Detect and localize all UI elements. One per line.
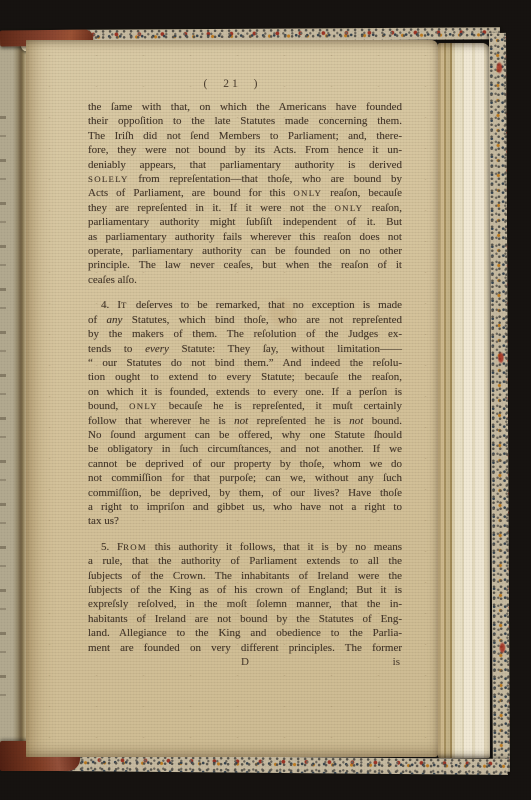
text-line: No ſound argument can be offered, why on… — [88, 428, 402, 442]
text-line: ſubjects of the King as of his crown of … — [88, 583, 402, 597]
text-line: land. Allegiance to the King and obedien… — [88, 626, 402, 640]
text-line: 4. IT deſerves to be remarked, that no e… — [88, 298, 402, 312]
text-line: the ſame with that, on which the America… — [88, 100, 402, 114]
text-line: ment are founded on very different princ… — [88, 641, 402, 655]
text-line: Acts of Parliament, are bound for this O… — [88, 186, 402, 200]
book-scan-photo: ( 21 ) the ſame with that, on which the … — [0, 0, 531, 800]
facing-page-edge — [0, 34, 26, 768]
text-line: “ our Statutes do not bind them.” And in… — [88, 356, 402, 370]
text-line: ceaſes alſo. — [88, 273, 402, 287]
text-line: bound, ONLY becauſe he is repreſented, i… — [88, 399, 402, 413]
paragraph: the ſame with that, on which the America… — [88, 100, 402, 287]
text-line: cannot be deprived of our property by th… — [88, 457, 402, 471]
text-line: by the makers of them. The reſolution of… — [88, 327, 402, 341]
text-line: commiſſion, be deprived, by them, of our… — [88, 486, 402, 500]
text-line: The Iriſh did not ſend Members to Parlia… — [88, 129, 402, 143]
paragraph: 4. IT deſerves to be remarked, that no e… — [88, 298, 402, 529]
text-line: tax us? — [88, 514, 402, 528]
text-line: a rule, that the authority of Parliament… — [88, 554, 402, 568]
catchword: is — [393, 655, 400, 669]
page-number: ( 21 ) — [26, 78, 438, 90]
text-line: follow that wherever he is not repreſent… — [88, 414, 402, 428]
text-line: deniably appears, that parliamentary aut… — [88, 158, 402, 172]
signature-mark: D — [241, 656, 249, 668]
text-line: tion ought to extend to every Statute; b… — [88, 370, 402, 384]
text-line: operate, parliamentary authority can be … — [88, 244, 402, 258]
page: ( 21 ) the ſame with that, on which the … — [26, 40, 438, 757]
text-line: tends to every Statute: They ſay, withou… — [88, 342, 402, 356]
text-line: a right to impriſon and gibbet us, who h… — [88, 500, 402, 514]
text-line: 5. FROM this authority it follows, that … — [88, 540, 402, 554]
text-line: they are repreſented in it. If it were n… — [88, 201, 402, 215]
text-line: ſubjects of the Crown. The inhabitants o… — [88, 569, 402, 583]
text-line: on which it is founded, extends to every… — [88, 385, 402, 399]
text-line: SOLELY from repreſentation—that thoſe, w… — [88, 172, 402, 186]
text-line: their oppoſition to the late Statutes ma… — [88, 114, 402, 128]
text-block: the ſame with that, on which the America… — [88, 100, 402, 655]
signature-line: D is — [88, 655, 402, 669]
text-line: of any Statutes, which bind thoſe, who a… — [88, 313, 402, 327]
fore-edge-pages — [438, 43, 490, 758]
text-line: habitants of Ireland are not bound by th… — [88, 612, 402, 626]
text-line: parliamentary authority might ſubſiſt in… — [88, 215, 402, 229]
paragraph: 5. FROM this authority it follows, that … — [88, 540, 402, 655]
marbled-cover-edge-bottom — [58, 755, 508, 775]
text-line: as parliamentary authority fails whereve… — [88, 230, 402, 244]
marbled-cover-edge-right — [489, 33, 510, 772]
text-line: be obligatory in ſuch circumſtances, and… — [88, 442, 402, 456]
text-line: expreſsly reſolved, in the moſt ſolemn m… — [88, 597, 402, 611]
text-line: fore, they were not bound by its Acts. F… — [88, 143, 402, 157]
text-line: not commiſſion for that purpoſe; can we,… — [88, 471, 402, 485]
text-line: principle. The law never ceaſes, but whe… — [88, 258, 402, 272]
